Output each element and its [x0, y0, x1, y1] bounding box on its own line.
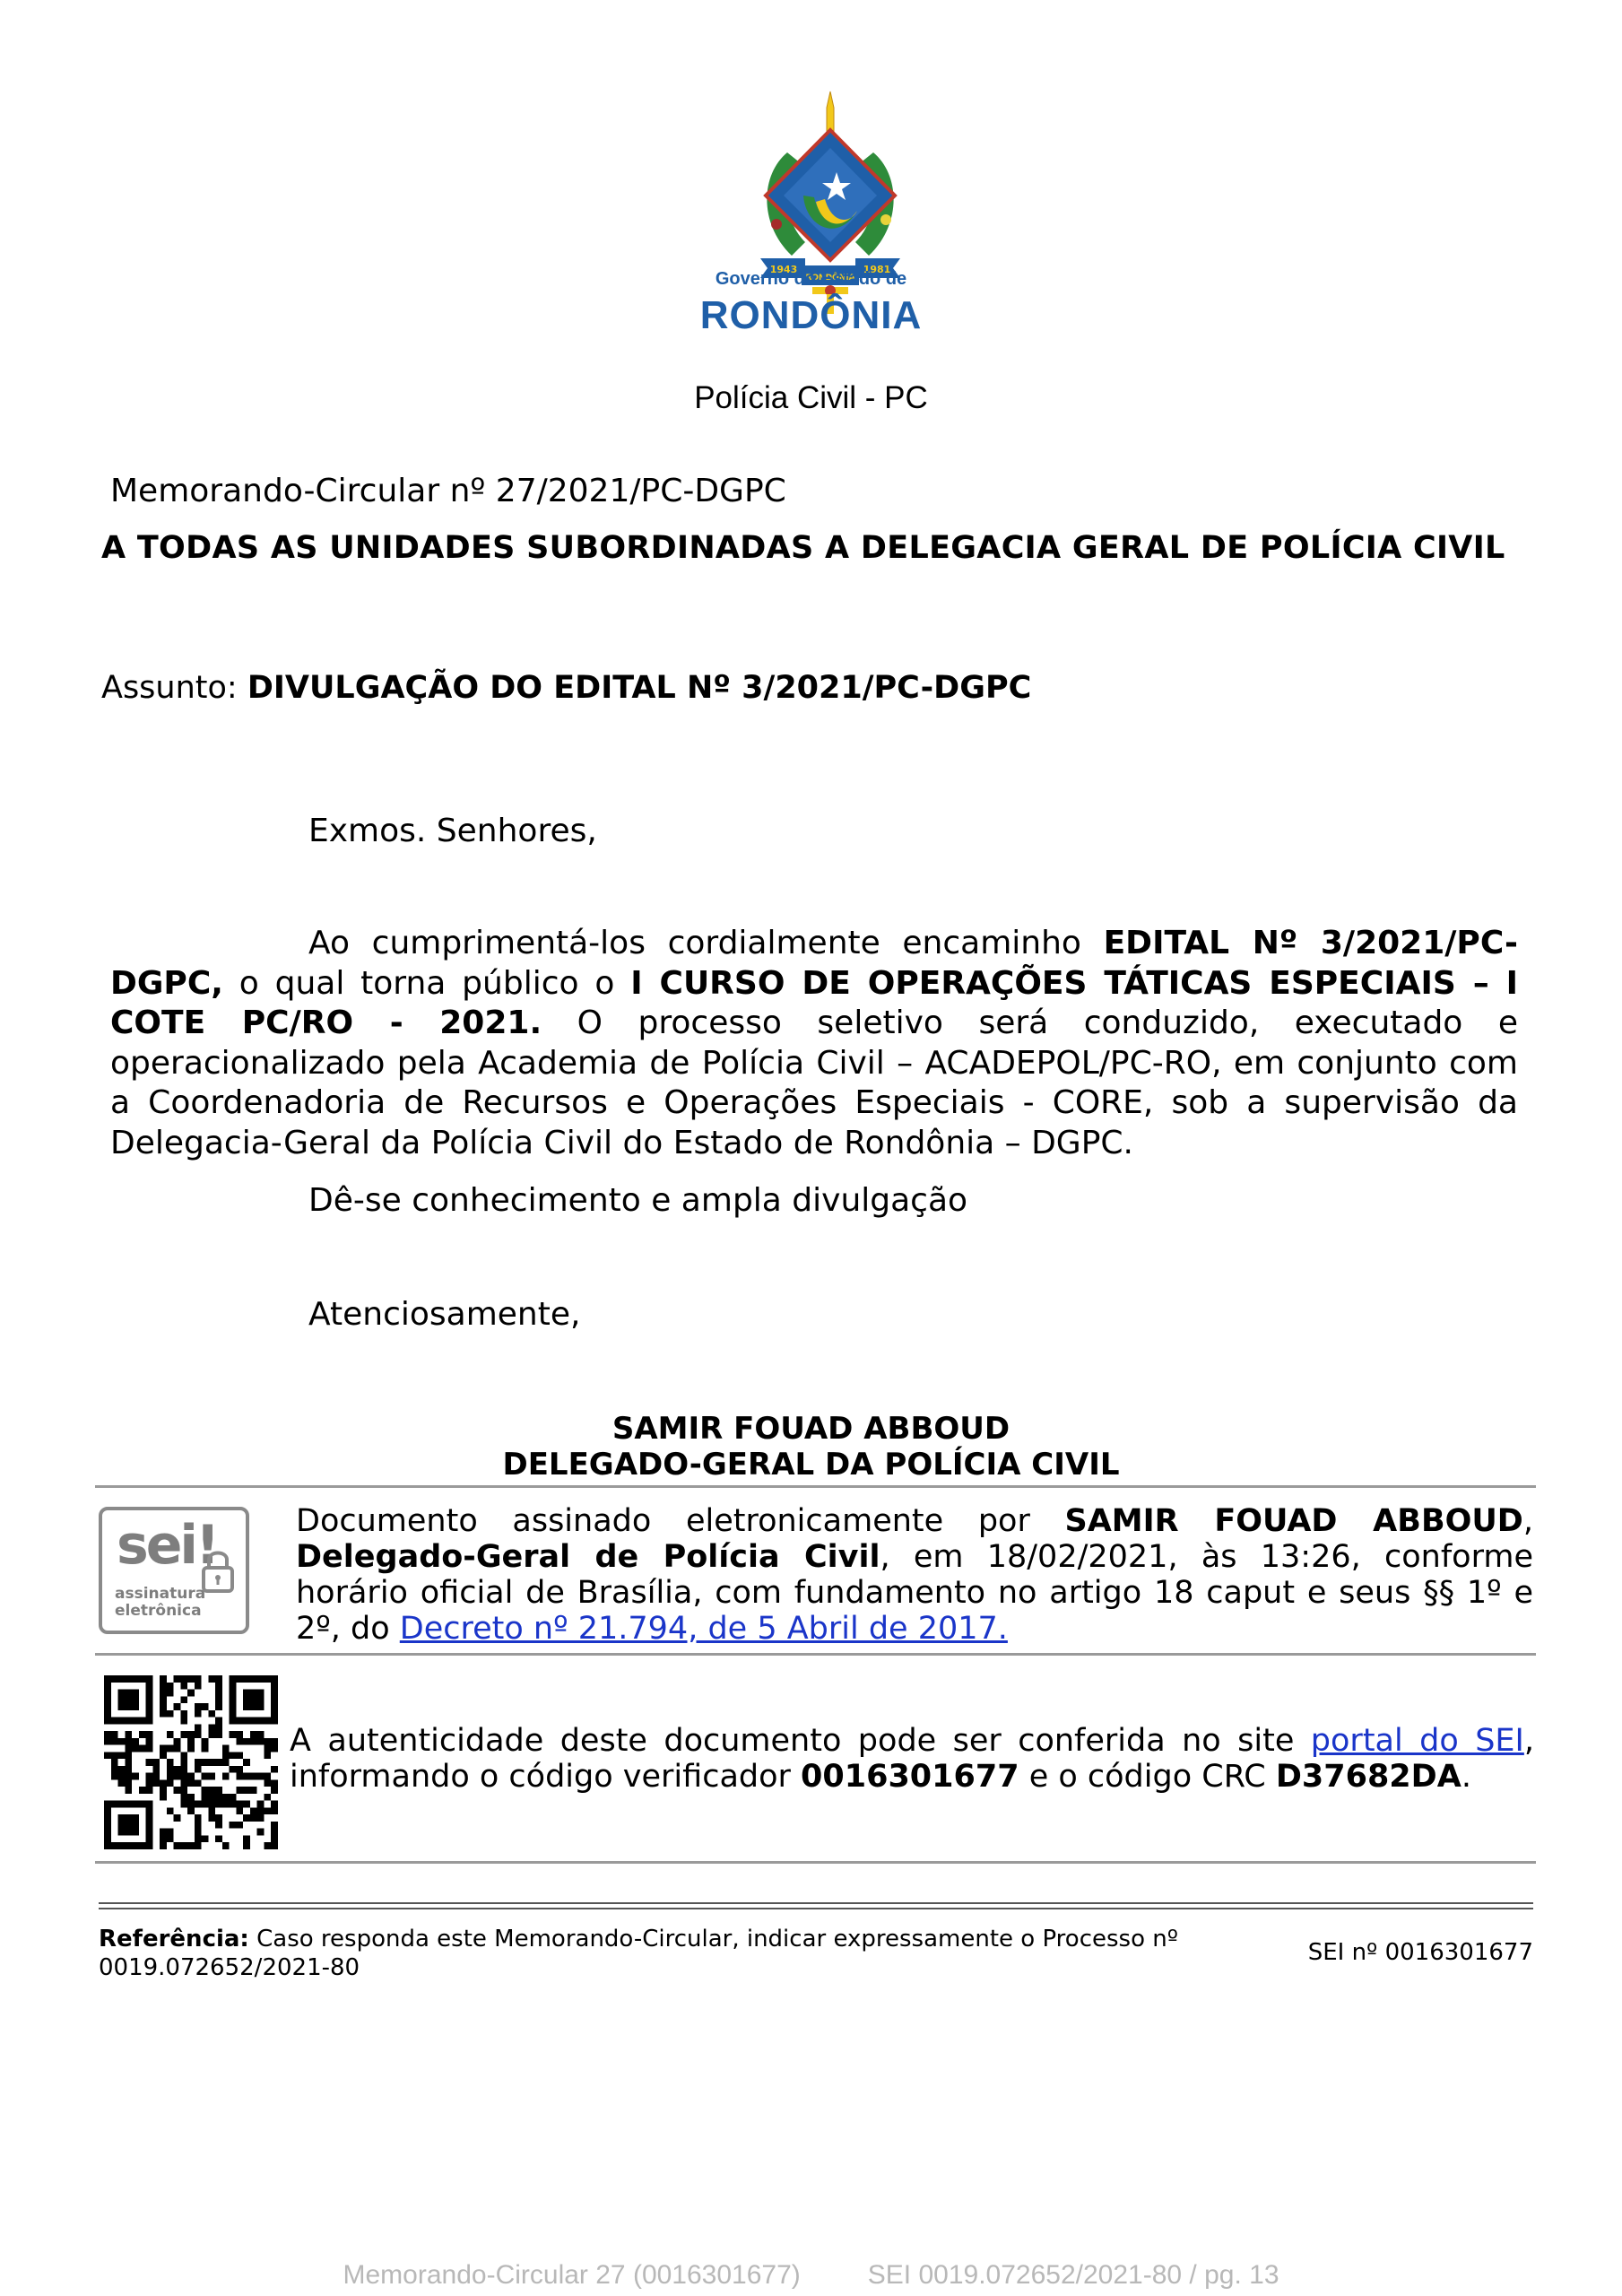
sign-off: Atenciosamente,	[308, 1296, 580, 1333]
reference-note: Referência: Caso responda este Memorando…	[99, 1925, 1237, 1982]
electronic-signature-text: Documento assinado eletronicamente por S…	[296, 1503, 1533, 1647]
logo-caption-line2: RONDÔNIA	[0, 293, 1622, 338]
signatory-block: SAMIR FOUAD ABBOUD DELEGADO-GERAL DA POL…	[0, 1411, 1622, 1483]
signatory-name: SAMIR FOUAD ABBOUD	[0, 1411, 1622, 1447]
footer-left: Memorando-Circular 27 (0016301677)	[343, 2260, 801, 2291]
footer-right: SEI 0019.072652/2021-80 / pg. 13	[868, 2260, 1279, 2291]
auth-text: .	[1462, 1759, 1471, 1795]
subject-label: Assunto:	[101, 670, 247, 706]
double-rule-top	[99, 1902, 1533, 1904]
organization-name: Polícia Civil - PC	[0, 380, 1622, 416]
portal-sei-link[interactable]: portal do SEI	[1311, 1723, 1524, 1759]
memo-number: Memorando-Circular nº 27/2021/PC-DGPC	[110, 473, 786, 509]
auth-text: e o código CRC	[1019, 1759, 1276, 1795]
crc-code: D37682DA	[1276, 1759, 1462, 1795]
sig-text: Documento assinado eletronicamente por	[296, 1503, 1065, 1539]
auth-text: A autenticidade deste documento pode ser…	[290, 1723, 1311, 1759]
subject-value: DIVULGAÇÃO DO EDITAL Nº 3/2021/PC-DGPC	[247, 670, 1031, 706]
reference-label: Referência:	[99, 1926, 249, 1952]
sei-logo-subtitle: assinatura eletrônica	[115, 1586, 205, 1620]
sei-number: SEI nº 0016301677	[1273, 1939, 1533, 1966]
authenticity-text: A autenticidade deste documento pode ser…	[290, 1723, 1534, 1795]
divider	[95, 1861, 1536, 1864]
qr-code	[104, 1675, 278, 1849]
sig-text: ,	[1523, 1503, 1533, 1539]
signatory-title: DELEGADO-GERAL DA POLÍCIA CIVIL	[0, 1447, 1622, 1483]
page-footer: Memorando-Circular 27 (0016301677)SEI 00…	[0, 2260, 1622, 2291]
divider	[95, 1653, 1536, 1656]
sig-role: Delegado-Geral de Polícia Civil	[296, 1539, 880, 1575]
sei-subtitle-line2: eletrônica	[115, 1603, 205, 1620]
body-text: o qual torna público o	[223, 965, 630, 1002]
decree-link[interactable]: Decreto nº 21.794, de 5 Abril de 2017.	[400, 1611, 1008, 1647]
qr-code-icon	[104, 1675, 278, 1849]
closing-line: Dê-se conhecimento e ampla divulgação	[308, 1182, 967, 1219]
memo-recipients: A TODAS AS UNIDADES SUBORDINADAS A DELEG…	[101, 530, 1505, 566]
sei-subtitle-line1: assinatura	[115, 1586, 205, 1603]
body-paragraph: Ao cumprimentá-los cordialmente encaminh…	[110, 924, 1518, 1163]
sei-signature-badge: sei! assinatura eletrônica	[99, 1507, 249, 1634]
double-rule-bottom	[99, 1908, 1533, 1909]
divider	[95, 1485, 1536, 1488]
reference-text: Caso responda este Memorando-Circular, i…	[99, 1926, 1178, 1981]
greeting: Exmos. Senhores,	[308, 813, 597, 849]
padlock-icon	[201, 1548, 235, 1593]
logo-caption-line1: Governo do Estado de	[0, 269, 1622, 290]
memo-subject: Assunto: DIVULGAÇÃO DO EDITAL Nº 3/2021/…	[101, 670, 1031, 706]
verifier-code: 0016301677	[801, 1759, 1019, 1795]
body-text: Ao cumprimentá-los cordialmente encaminh…	[308, 925, 1104, 961]
sig-name: SAMIR FOUAD ABBOUD	[1065, 1503, 1523, 1539]
